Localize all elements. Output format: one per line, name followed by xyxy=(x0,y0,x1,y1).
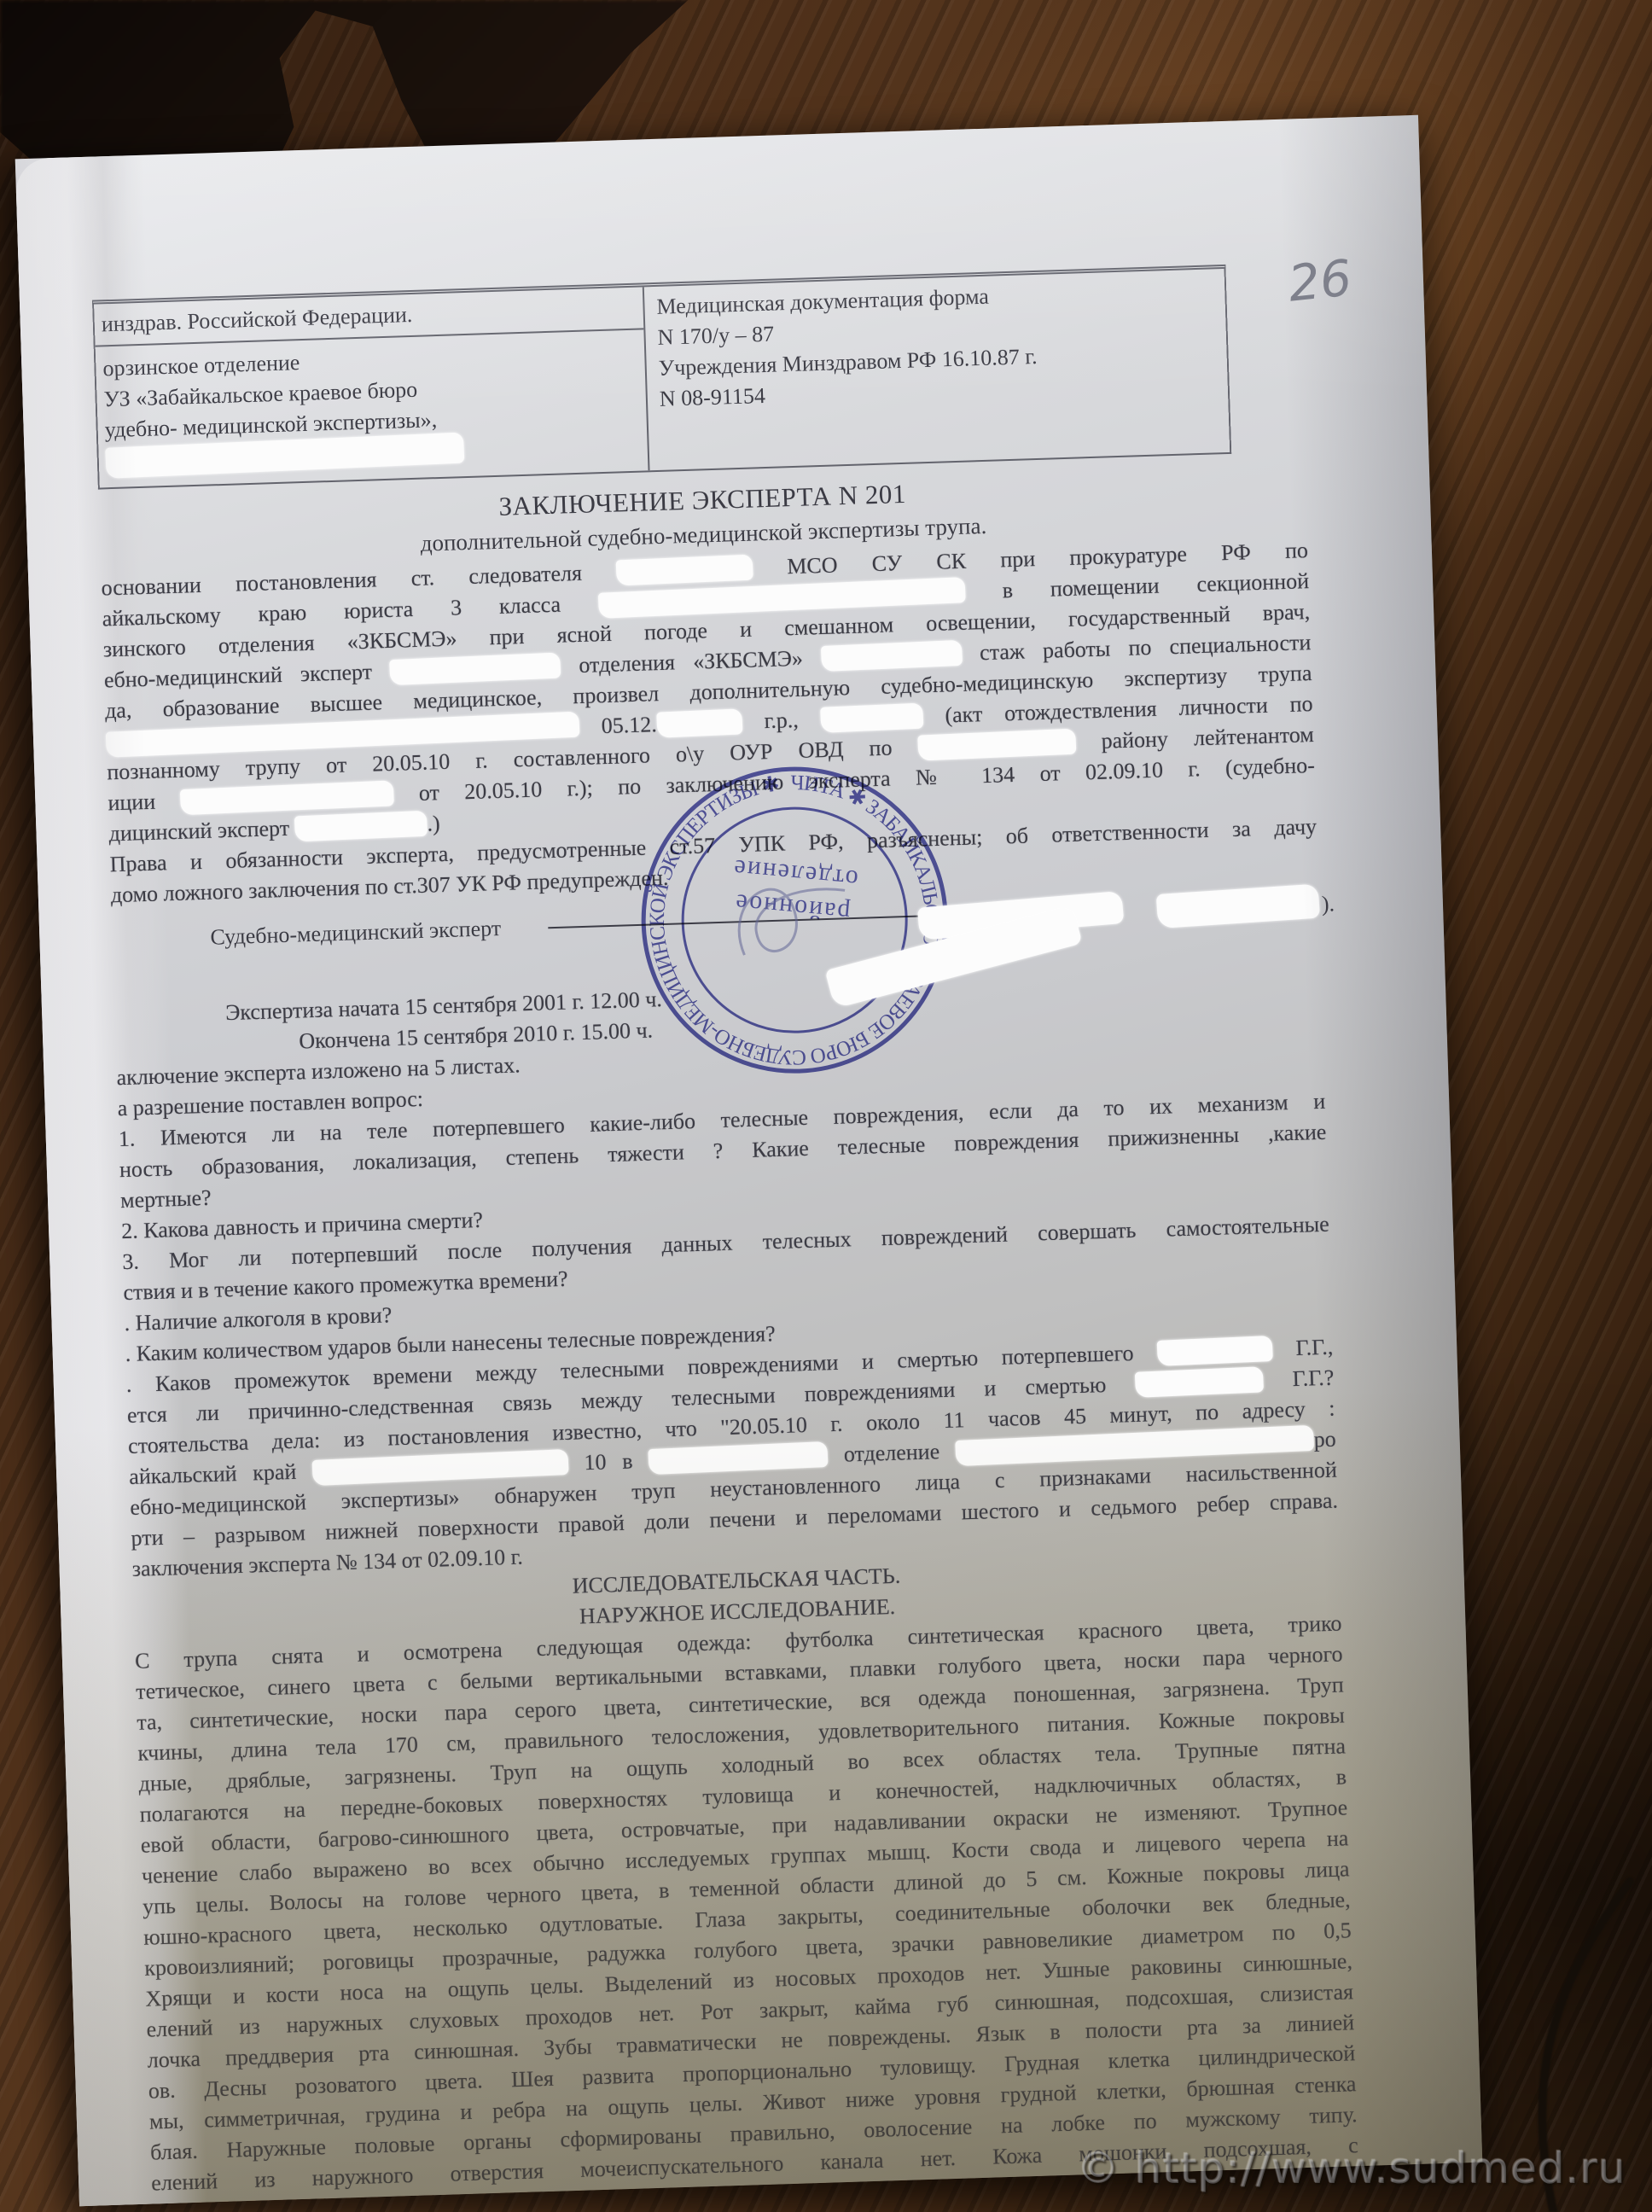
redaction-mark xyxy=(616,555,753,586)
document-content: инздрав. Российской Федерации. орзинское… xyxy=(92,262,1358,2198)
redaction-mark xyxy=(649,1441,829,1475)
redaction-mark xyxy=(1135,1366,1264,1398)
redaction-mark xyxy=(820,640,962,672)
main-paragraphs: Экспертиза начата 15 сентября 2001 г. 12… xyxy=(114,963,1358,2199)
redaction-mark xyxy=(917,729,1076,761)
signature-label: Судебно-медицинский эксперт xyxy=(112,916,502,952)
header-table-right-cell: Медицинская документация форма N 170/у –… xyxy=(644,269,1230,470)
redaction-mark xyxy=(1156,884,1320,929)
redaction-mark xyxy=(390,652,561,685)
watermark: © http://www.sudmed.ru xyxy=(1077,2144,1626,2193)
header-table: инздрав. Российской Федерации. орзинское… xyxy=(92,265,1231,490)
redaction-mark xyxy=(294,811,428,842)
signature-suffix: ). xyxy=(1321,891,1335,917)
redaction-mark xyxy=(820,703,923,733)
redaction-mark xyxy=(656,708,742,737)
header-table-left-cell: инздрав. Российской Федерации. орзинское… xyxy=(94,287,649,487)
handwritten-page-number: 26 xyxy=(1286,248,1355,312)
document-page: инздрав. Российской Федерации. орзинское… xyxy=(15,115,1483,2206)
redaction-mark xyxy=(1156,1336,1272,1366)
